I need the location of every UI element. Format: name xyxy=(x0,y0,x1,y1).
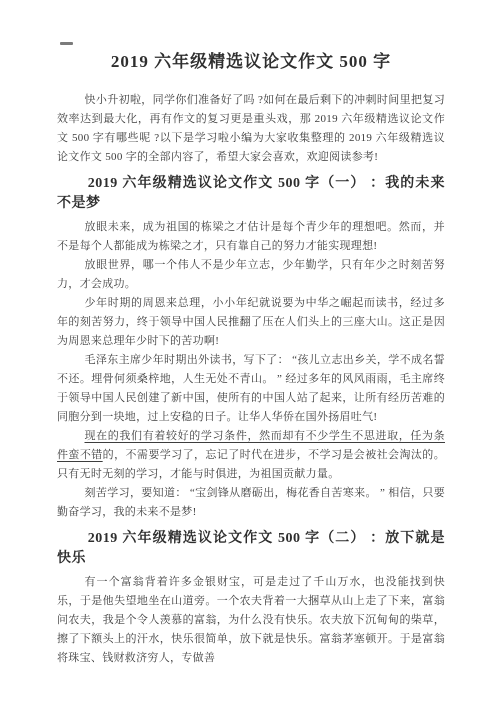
scan-artifact-mark xyxy=(60,42,73,45)
paragraph: 少年时期的周恩来总理，小小年纪就说要为中华之崛起而读书，经过多年的刻苦努力，终于… xyxy=(57,294,445,351)
paragraph: 放眼世界，哪一个伟人不是少年立志，少年勤学，只有年少之时刻苦努力，才会成功。 xyxy=(57,256,445,294)
section-heading-2: 2019 六年级精选议论文作文 500 字（二） ：放下就是快乐 xyxy=(57,529,445,569)
document-title: 2019 六年级精选议论文作文 500 字 xyxy=(57,50,445,74)
paragraph-with-underline: 现在的我们有着较好的学习条件，然而却有不少学生不思进取，任为条件蛮不错的，不需要… xyxy=(57,427,445,484)
paragraph: 放眼未来，成为祖国的栋梁之才估计是每个青少年的理想吧。然而，并不是每个人都能成为… xyxy=(57,218,445,256)
section-heading-1: 2019 六年级精选议论文作文 500 字（一） ：我的未来不是梦 xyxy=(57,174,445,214)
document-page: 2019 六年级精选议论文作文 500 字 快小升初啦，同学你们准备好了吗 ?如… xyxy=(0,0,500,708)
paragraph: 刻苦学习，要知道： “宝剑锋从磨砺出，梅花香自苦寒来。 ” 相信，只要勤奋学习，… xyxy=(57,484,445,522)
paragraph: 有一个富翁背着许多金银财宝，可是走过了千山万水，也没能找到快乐，于是他失望地坐在… xyxy=(57,573,445,668)
paragraph: 毛泽东主席少年时期出外读书，写下了： “孩儿立志出乡关，学不成名誓不还。埋骨何须… xyxy=(57,351,445,427)
intro-paragraph: 快小升初啦，同学你们准备好了吗 ?如何在最后剩下的冲刺时间里把复习效率达到最大化… xyxy=(57,91,445,167)
paragraph-continuation: 的，不需要学习了，忘记了时代在进步，不学习是会被社会淘汰的。只有无时无刻的学习，… xyxy=(57,449,445,480)
